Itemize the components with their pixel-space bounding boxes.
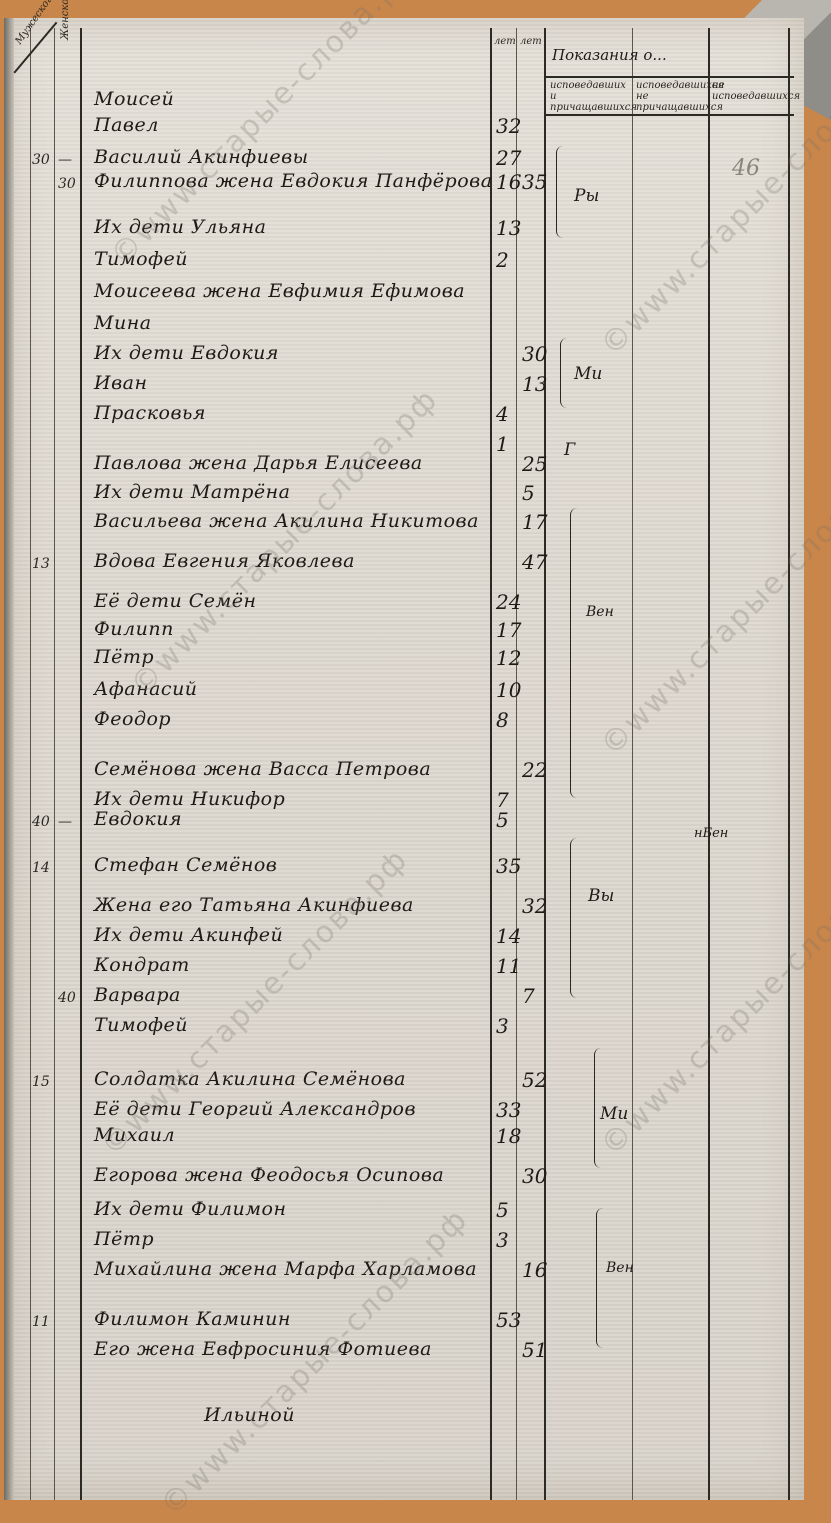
age-female: 52 bbox=[522, 1068, 547, 1092]
column-rule bbox=[516, 28, 517, 1500]
person-name: Мина bbox=[94, 312, 152, 334]
annotation: Вен bbox=[586, 604, 614, 620]
margin-count-female: — bbox=[58, 814, 72, 830]
bracket bbox=[560, 338, 567, 408]
person-name: Варвара bbox=[94, 984, 181, 1006]
header-age-col-2: лет bbox=[520, 36, 542, 47]
age-male: 53 bbox=[496, 1308, 521, 1332]
age-female: 7 bbox=[522, 984, 535, 1008]
age-female: 30 bbox=[522, 342, 547, 366]
age-male: 3 bbox=[496, 1228, 509, 1252]
watermark: ©www.старые-слова.рф bbox=[124, 382, 445, 703]
bracket bbox=[570, 508, 577, 798]
person-name: Прасковья bbox=[94, 402, 206, 424]
person-name: Филиппова жена Евдокия Панфёрова bbox=[94, 170, 493, 192]
header-section-title: Показания о... bbox=[552, 46, 667, 64]
age-male: 5 bbox=[496, 808, 509, 832]
header-col-male: Мужеского bbox=[13, 0, 58, 47]
header-rule bbox=[544, 76, 794, 78]
bracket bbox=[556, 146, 563, 238]
age-male: 35 bbox=[496, 854, 521, 878]
age-male: 12 bbox=[496, 646, 521, 670]
person-name: Их дети Акинфей bbox=[94, 924, 283, 946]
person-name: Их дети Евдокия bbox=[94, 342, 279, 364]
margin-count-male: 13 bbox=[32, 556, 50, 572]
header-subcol-confessed: исповедавших и причащавшихся bbox=[550, 80, 626, 113]
age-male: 17 bbox=[496, 618, 521, 642]
header-subcol-not-communed: исповедавшихся не причащавшихся bbox=[636, 80, 706, 113]
person-name: Кондрат bbox=[94, 954, 190, 976]
person-name: Стефан Семёнов bbox=[94, 854, 277, 876]
column-rule bbox=[30, 28, 31, 1500]
person-name: Солдатка Акилина Семёнова bbox=[94, 1068, 406, 1090]
column-rule bbox=[54, 28, 55, 1500]
age-male: 16 bbox=[496, 170, 521, 194]
person-name: Евдокия bbox=[94, 808, 182, 830]
margin-count-female: — bbox=[58, 152, 72, 168]
column-rule bbox=[490, 28, 492, 1500]
person-name: Егорова жена Феодосья Осипова bbox=[94, 1164, 444, 1186]
annotation: Ми bbox=[574, 364, 602, 384]
annotation: Г bbox=[564, 440, 575, 460]
column-rule bbox=[788, 28, 790, 1500]
age-female: 25 bbox=[522, 452, 547, 476]
bracket bbox=[570, 838, 577, 998]
age-female: 17 bbox=[522, 510, 547, 534]
person-name: Вдова Евгения Яковлева bbox=[94, 550, 355, 572]
margin-count-female: 30 bbox=[58, 176, 76, 192]
margin-count-male: 14 bbox=[32, 860, 50, 876]
person-name: Феодор bbox=[94, 708, 171, 730]
annotation: нБен bbox=[694, 826, 728, 841]
watermark: ©www.старые-слова.рф bbox=[594, 842, 831, 1163]
header-rule bbox=[544, 114, 794, 116]
age-male: 4 bbox=[496, 402, 509, 426]
margin-count-male: 11 bbox=[32, 1314, 50, 1330]
age-male: 13 bbox=[496, 216, 521, 240]
age-female: 22 bbox=[522, 758, 547, 782]
age-male: 8 bbox=[496, 708, 509, 732]
person-name: Пётр bbox=[94, 1228, 154, 1250]
person-name: Семёнова жена Васса Петрова bbox=[94, 758, 431, 780]
person-name: Иван bbox=[94, 372, 147, 394]
age-female: 16 bbox=[522, 1258, 547, 1282]
header-age-col-1: лет bbox=[494, 36, 516, 47]
annotation: Вен bbox=[606, 1260, 634, 1276]
age-male: 11 bbox=[496, 954, 521, 978]
header-subcol-not-confessed: не исповедавшихся bbox=[712, 80, 782, 102]
watermark: ©www.старые-слова.рф bbox=[594, 442, 831, 763]
age-male: 27 bbox=[496, 146, 521, 170]
age-male: 32 bbox=[496, 114, 521, 138]
person-name: Тимофей bbox=[94, 1014, 188, 1036]
margin-count-male: 40 bbox=[32, 814, 50, 830]
column-rule bbox=[632, 28, 633, 1500]
age-female: 32 bbox=[522, 894, 547, 918]
age-female: 35 bbox=[522, 170, 547, 194]
person-name: Моисеева жена Евфимия Ефимова bbox=[94, 280, 465, 302]
age-male: 24 bbox=[496, 590, 521, 614]
age-male: 3 bbox=[496, 1014, 509, 1038]
person-name: Их дети Филимон bbox=[94, 1198, 286, 1220]
person-name: Моисей bbox=[94, 88, 174, 110]
age-female: 5 bbox=[522, 481, 535, 505]
age-male: 5 bbox=[496, 1198, 509, 1222]
book-binding-edge bbox=[4, 18, 14, 1500]
person-name: Филимон Каминин bbox=[94, 1308, 291, 1330]
person-name: Их дети Матрёна bbox=[94, 481, 290, 503]
person-name: Павел bbox=[94, 114, 159, 136]
age-female: 51 bbox=[522, 1338, 547, 1362]
margin-count-male: 30 bbox=[32, 152, 50, 168]
person-name: Их дети Никифор bbox=[94, 788, 285, 810]
annotation: Вы bbox=[588, 886, 614, 906]
age-male: 33 bbox=[496, 1098, 521, 1122]
age-male: 14 bbox=[496, 924, 521, 948]
age-male: 18 bbox=[496, 1124, 521, 1148]
margin-count-female: 40 bbox=[58, 990, 76, 1006]
manuscript-page: Мужеского Женского лет лет Показания о..… bbox=[4, 18, 804, 1500]
age-male: 2 bbox=[496, 248, 509, 272]
column-rule bbox=[80, 28, 82, 1500]
annotation: Ры bbox=[574, 186, 599, 206]
person-name: Его жена Евфросиния Фотиева bbox=[94, 1338, 432, 1360]
header-col-female: Женского bbox=[60, 0, 71, 40]
bracket bbox=[596, 1208, 603, 1348]
age-female: 47 bbox=[522, 550, 547, 574]
age-female: 13 bbox=[522, 372, 547, 396]
age-male: 10 bbox=[496, 678, 521, 702]
age-male: 1 bbox=[496, 432, 509, 456]
person-name: Филипп bbox=[94, 618, 174, 640]
age-female: 30 bbox=[522, 1164, 547, 1188]
margin-count-male: 15 bbox=[32, 1074, 50, 1090]
